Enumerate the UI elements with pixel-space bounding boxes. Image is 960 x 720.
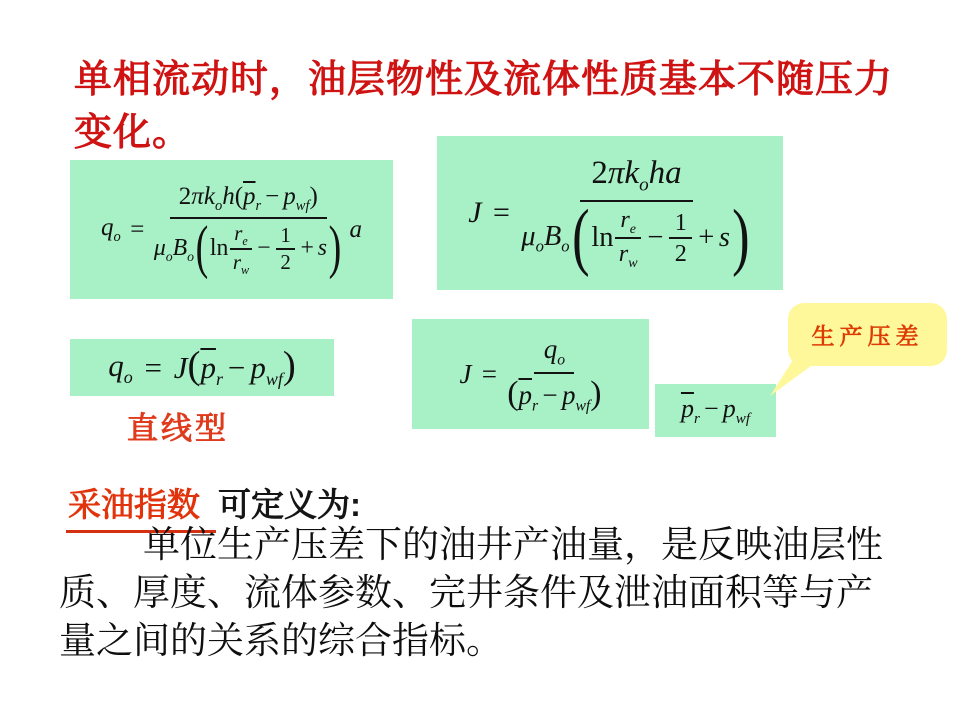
fraction-numerator: 2πkoha [580, 155, 693, 201]
tok-a: a [665, 155, 682, 191]
ln-operator: ln [210, 235, 228, 262]
one-half: 1 2 [669, 209, 692, 267]
main-fraction: 2πkoh(pr−pwf) μoBo ( ln re rw − 1 [154, 183, 343, 276]
paragraph-line2: 质、厚度、流体参数、完井条件及泄油面积等与产 [59, 570, 917, 618]
tok-sub-o: o [557, 351, 565, 368]
formula-pi-ratio: J = qo (pr−pwf) [412, 319, 649, 429]
formula-flow-rate: qo = 2πkoh(pr−pwf) μoBo ( ln re rw − [70, 160, 393, 299]
one-half: 1 2 [276, 224, 296, 274]
callout-production-drawdown: 生产压差 [788, 303, 947, 366]
tok-pi: π [191, 183, 204, 210]
big-right-paren: ) [732, 200, 749, 275]
tok-sub-r: r [216, 369, 223, 389]
numerator-terms: 2πkoh(pr−pwf) [179, 183, 318, 214]
paragraph-line3: 量之间的关系的综合指标。 [59, 618, 917, 666]
drawdown-expression: pr−pwf [655, 384, 776, 437]
tok-2: 2 [179, 183, 192, 210]
tok-mu: μ [521, 221, 535, 252]
denominator-terms: μoBo ( ln re rw − 1 2 + s [154, 222, 343, 276]
drawdown-terms: pr−pwf [681, 394, 750, 427]
tok-s: s [318, 235, 327, 262]
minus-sign: − [257, 235, 270, 262]
minus-sign: − [542, 380, 557, 410]
linear-type-label: 直线型 [127, 403, 229, 448]
fraction-denominator: μoBo ( ln re rw − 1 2 + s [154, 219, 343, 276]
minus-sign: − [265, 183, 279, 210]
two-denominator: 2 [280, 250, 290, 274]
definition-rest: 可定义为: [218, 479, 361, 526]
tok-a: a [350, 216, 363, 244]
tok-B: B [544, 221, 561, 252]
formula-linear-ipr: qo = J(pr−pwf) [70, 339, 334, 396]
tok-rw: rw [233, 251, 249, 276]
rw-denominator: rw [233, 250, 249, 276]
equals-sign: = [493, 196, 510, 230]
tok-qo: qo [544, 334, 565, 368]
formula-productivity-index-box: J = 2πkoha μoBo ( ln re rw − [437, 136, 783, 290]
tok-B: B [173, 235, 188, 261]
slide: 单相流动时，油层物性及流体性质基本不随压力 变化。 qo = 2πkoh(pr−… [0, 0, 960, 720]
tok-sub-e: e [242, 234, 247, 248]
tok-pbar: p [200, 350, 216, 385]
formula-flow-rate-box: qo = 2πkoh(pr−pwf) μoBo ( ln re rw − [70, 160, 393, 299]
tok-sub-o: o [113, 229, 120, 245]
slide-title-line1: 单相流动时，油层物性及流体性质基本不随压力 [74, 54, 914, 107]
tok-sub-r: r [256, 198, 262, 214]
tok-sub-wf: wf [296, 198, 310, 214]
tok-re: re [234, 222, 248, 247]
drawdown-expression-box: pr−pwf [655, 384, 776, 437]
big-left-paren: ( [572, 200, 589, 275]
tok-sub-o: o [124, 368, 133, 388]
tok-sub-o: o [187, 248, 194, 263]
tok-p: p [723, 394, 736, 423]
fraction-denominator: (pr−pwf) [507, 374, 601, 414]
tok-pbar: p [243, 183, 256, 210]
fraction-numerator: qo [534, 334, 574, 374]
plus-sign: + [301, 235, 314, 262]
tok-pbar: p [681, 394, 694, 423]
re-over-rw: re rw [230, 222, 253, 276]
definition-paragraph: 单位生产压差下的油井产油量，是反映油层性 质、厚度、流体参数、完井条件及泄油面积… [59, 522, 917, 666]
main-fraction: 2πkoha μoBo ( ln re rw − 1 2 [521, 155, 751, 270]
tok-p: p [250, 350, 266, 385]
formula-pi-ratio-box: J = qo (pr−pwf) [412, 319, 649, 429]
big-right-paren: ) [329, 219, 342, 278]
tok-sub-o: o [166, 248, 173, 263]
rw-denominator: rw [619, 239, 638, 270]
tok-rw: rw [619, 240, 638, 270]
tok-sub-w: w [628, 255, 637, 271]
two-denominator: 2 [675, 239, 687, 267]
big-left-paren: ( [196, 219, 209, 278]
tok-pbar: p [518, 380, 532, 410]
tok-h: h [222, 183, 235, 210]
tok-k: k [624, 155, 639, 191]
minus-sign: − [228, 350, 245, 385]
tok-s: s [719, 222, 730, 254]
tok-sub-r: r [694, 411, 700, 427]
re-numerator: re [615, 206, 641, 239]
mu-B-group: μoBo [521, 221, 569, 255]
main-fraction: qo (pr−pwf) [507, 334, 601, 414]
tok-mu: μ [154, 235, 166, 261]
plus-sign: + [698, 222, 714, 254]
formula-linear-ipr-box: qo = J(pr−pwf) [70, 339, 334, 396]
tok-J: J [174, 350, 188, 385]
re-numerator: re [230, 222, 253, 250]
numerator-terms: 2πkoha [591, 155, 681, 195]
equals-sign: = [145, 350, 162, 386]
lhs-qo: qo [108, 348, 132, 386]
tok-h: h [649, 155, 666, 191]
tok-pi: π [608, 155, 625, 191]
callout-label: 生产压差 [812, 318, 924, 351]
tok-p: p [562, 380, 576, 410]
tok-q: q [108, 348, 124, 383]
tok-re: re [620, 206, 636, 236]
tok-2: 2 [591, 155, 608, 191]
equals-sign: = [130, 216, 144, 244]
lhs-J: J [460, 359, 472, 390]
tok-sub-wf: wf [266, 369, 283, 389]
mu-B-group: μoBo [154, 235, 194, 264]
one-numerator: 1 [276, 224, 296, 250]
tok-r: r [620, 206, 629, 233]
tok-q: q [101, 214, 114, 241]
tok-sub-wf: wf [575, 397, 590, 414]
left-paren: ( [188, 344, 201, 387]
lhs-qo: qo [101, 214, 121, 245]
minus-sign: − [704, 394, 719, 423]
tok-r: r [233, 250, 241, 274]
right-paren: ) [283, 344, 296, 387]
tok-p: p [283, 183, 296, 210]
lhs-J: J [468, 196, 481, 230]
denominator-terms: μoBo ( ln re rw − 1 2 + s [521, 205, 751, 271]
left-paren: ( [507, 375, 518, 412]
paragraph-line1: 单位生产压差下的油井产油量，是反映油层性 [59, 522, 917, 570]
left-paren: ( [235, 183, 243, 210]
tok-sub-o: o [639, 175, 649, 196]
tok-q: q [544, 334, 558, 364]
right-paren: ) [309, 183, 317, 210]
tok-sub-o: o [536, 236, 544, 255]
formula-productivity-index: J = 2πkoha μoBo ( ln re rw − [437, 136, 783, 290]
equals-sign: = [482, 359, 497, 390]
tok-sub-o: o [561, 236, 569, 255]
fraction-numerator: 2πkoh(pr−pwf) [170, 183, 327, 219]
tok-sub-e: e [630, 221, 636, 237]
denominator-terms: (pr−pwf) [507, 377, 601, 414]
one-numerator: 1 [669, 209, 692, 239]
tok-r: r [619, 240, 628, 267]
tok-sub-wf: wf [736, 411, 750, 427]
tok-k: k [204, 183, 215, 210]
tok-sub-w: w [241, 263, 249, 277]
tok-sub-r: r [532, 397, 538, 414]
right-paren: ) [590, 375, 601, 412]
ln-operator: ln [591, 222, 613, 254]
minus-sign: − [647, 222, 663, 254]
fraction-denominator: μoBo ( ln re rw − 1 2 + s [521, 202, 751, 271]
re-over-rw: re rw [615, 206, 641, 270]
rhs-terms: J(pr−pwf) [174, 347, 296, 388]
